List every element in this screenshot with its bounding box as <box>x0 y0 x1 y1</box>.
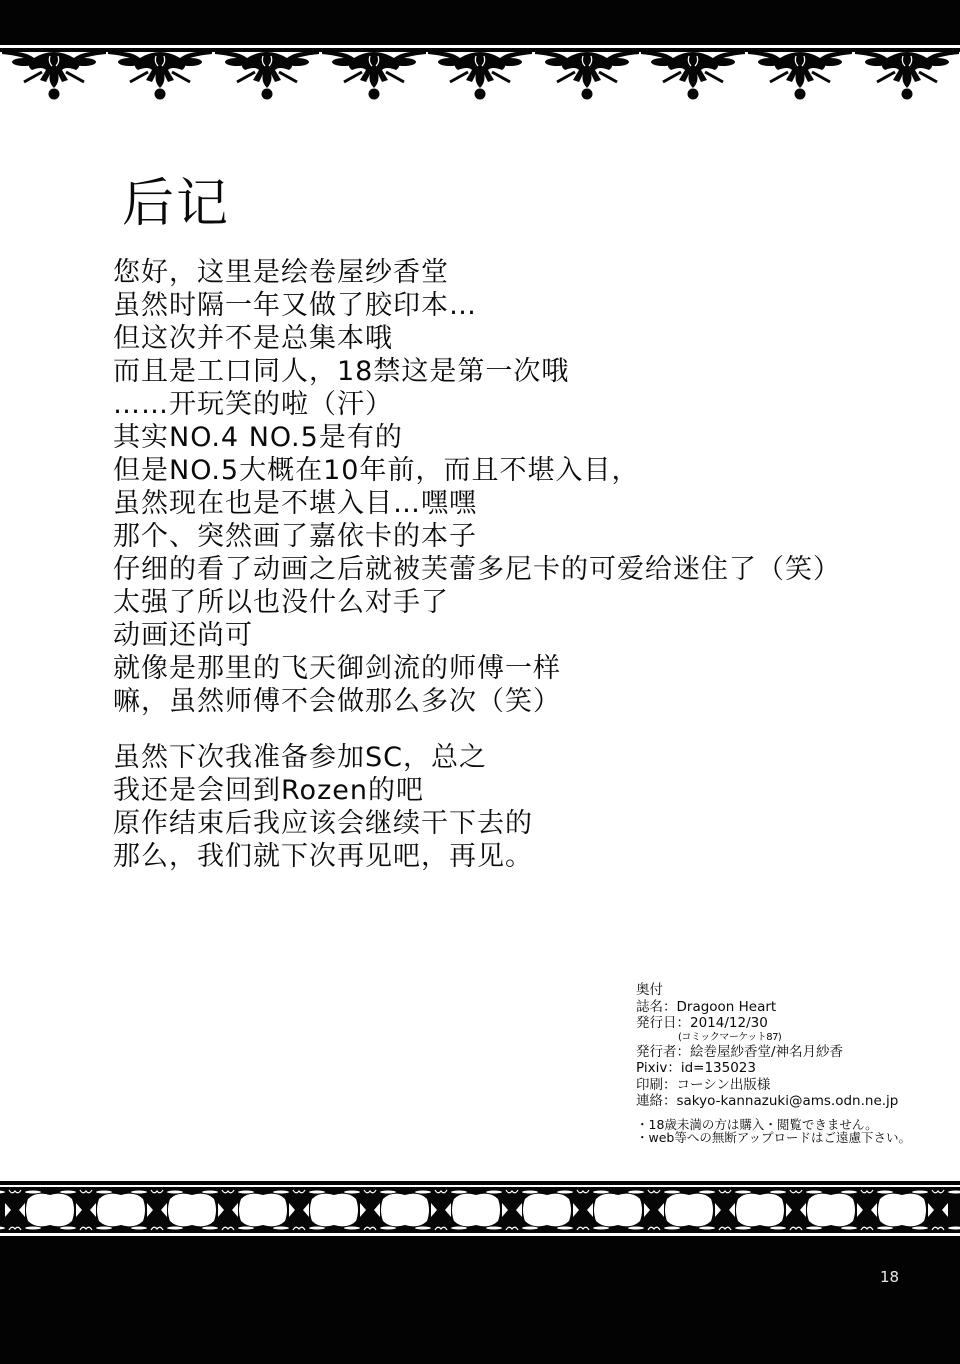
text-line: 虽然现在也是不堪入目…嘿嘿 <box>113 487 913 520</box>
colophon-printer: 印刷：コーシン出版様 <box>636 1077 936 1094</box>
colophon-contact: 連絡：sakyo-kannazuki@ams.odn.ne.jp <box>636 1093 936 1110</box>
colophon-event: (コミックマーケット87) <box>636 1032 936 1044</box>
text-line: 而且是工口同人，18禁这是第一次哦 <box>113 355 913 388</box>
colophon-heading: 奥付 <box>636 982 936 999</box>
bottom-lace-border <box>0 1187 960 1233</box>
colophon-pixiv: Pixiv：id=135023 <box>636 1060 936 1077</box>
colophon-publisher: 発行者：絵巻屋紗香堂/神名月紗香 <box>636 1044 936 1061</box>
note-no-upload: ・web等への無断アップロードはご遠慮下さい。 <box>636 1131 936 1144</box>
text-line: 我还是会回到Rozen的吧 <box>113 774 913 807</box>
text-line: 其实NO.4 NO.5是有的 <box>113 421 913 454</box>
text-line: 嘛，虽然师傅不会做那么多次（笑） <box>113 685 913 718</box>
text-line: 虽然时隔一年又做了胶印本… <box>113 289 913 322</box>
top-black-band <box>0 0 960 45</box>
text-line: 动画还尚可 <box>113 619 913 652</box>
text-line: 那个、突然画了嘉依卡的本子 <box>113 520 913 553</box>
text-line: 太强了所以也没什么对手了 <box>113 586 913 619</box>
page-number: 18 <box>880 1268 899 1286</box>
colophon: 奥付 誌名：Dragoon Heart 発行日：2014/12/30 (コミック… <box>636 982 936 1144</box>
top-lace-border <box>0 48 960 104</box>
text-line: 虽然下次我准备参加SC，总之 <box>113 741 913 774</box>
text-line: 就像是那里的飞天御剑流的师傅一样 <box>113 652 913 685</box>
paragraph: 虽然下次我准备参加SC，总之 我还是会回到Rozen的吧 原作结束后我应该会继续… <box>113 741 913 873</box>
text-line: 仔细的看了动画之后就被芙蕾多尼卡的可爱给迷住了（笑） <box>113 553 913 586</box>
colophon-date: 発行日：2014/12/30 <box>636 1015 936 1032</box>
text-line: 那么，我们就下次再见吧，再见。 <box>113 840 913 873</box>
colophon-title: 誌名：Dragoon Heart <box>636 999 936 1016</box>
text-line: ……开玩笑的啦（汗） <box>113 388 913 421</box>
page-title: 后记 <box>122 172 230 236</box>
bottom-rule <box>0 1181 960 1185</box>
colophon-notes: ・18歳未満の方は購入・閲覧できません。 ・web等への無断アップロードはご遠慮… <box>636 1118 936 1144</box>
text-line: 原作结束后我应该会继续干下去的 <box>113 807 913 840</box>
note-age-restriction: ・18歳未満の方は購入・閲覧できません。 <box>636 1118 936 1131</box>
paragraph-gap <box>113 718 913 741</box>
bottom-black-band <box>0 1236 960 1364</box>
paragraph: 您好，这里是绘卷屋纱香堂 虽然时隔一年又做了胶印本… 但这次并不是总集本哦 而且… <box>113 256 913 718</box>
afterword-body: 您好，这里是绘卷屋纱香堂 虽然时隔一年又做了胶印本… 但这次并不是总集本哦 而且… <box>113 256 913 873</box>
text-line: 但这次并不是总集本哦 <box>113 322 913 355</box>
text-line: 但是NO.5大概在10年前，而且不堪入目， <box>113 454 913 487</box>
text-line: 您好，这里是绘卷屋纱香堂 <box>113 256 913 289</box>
